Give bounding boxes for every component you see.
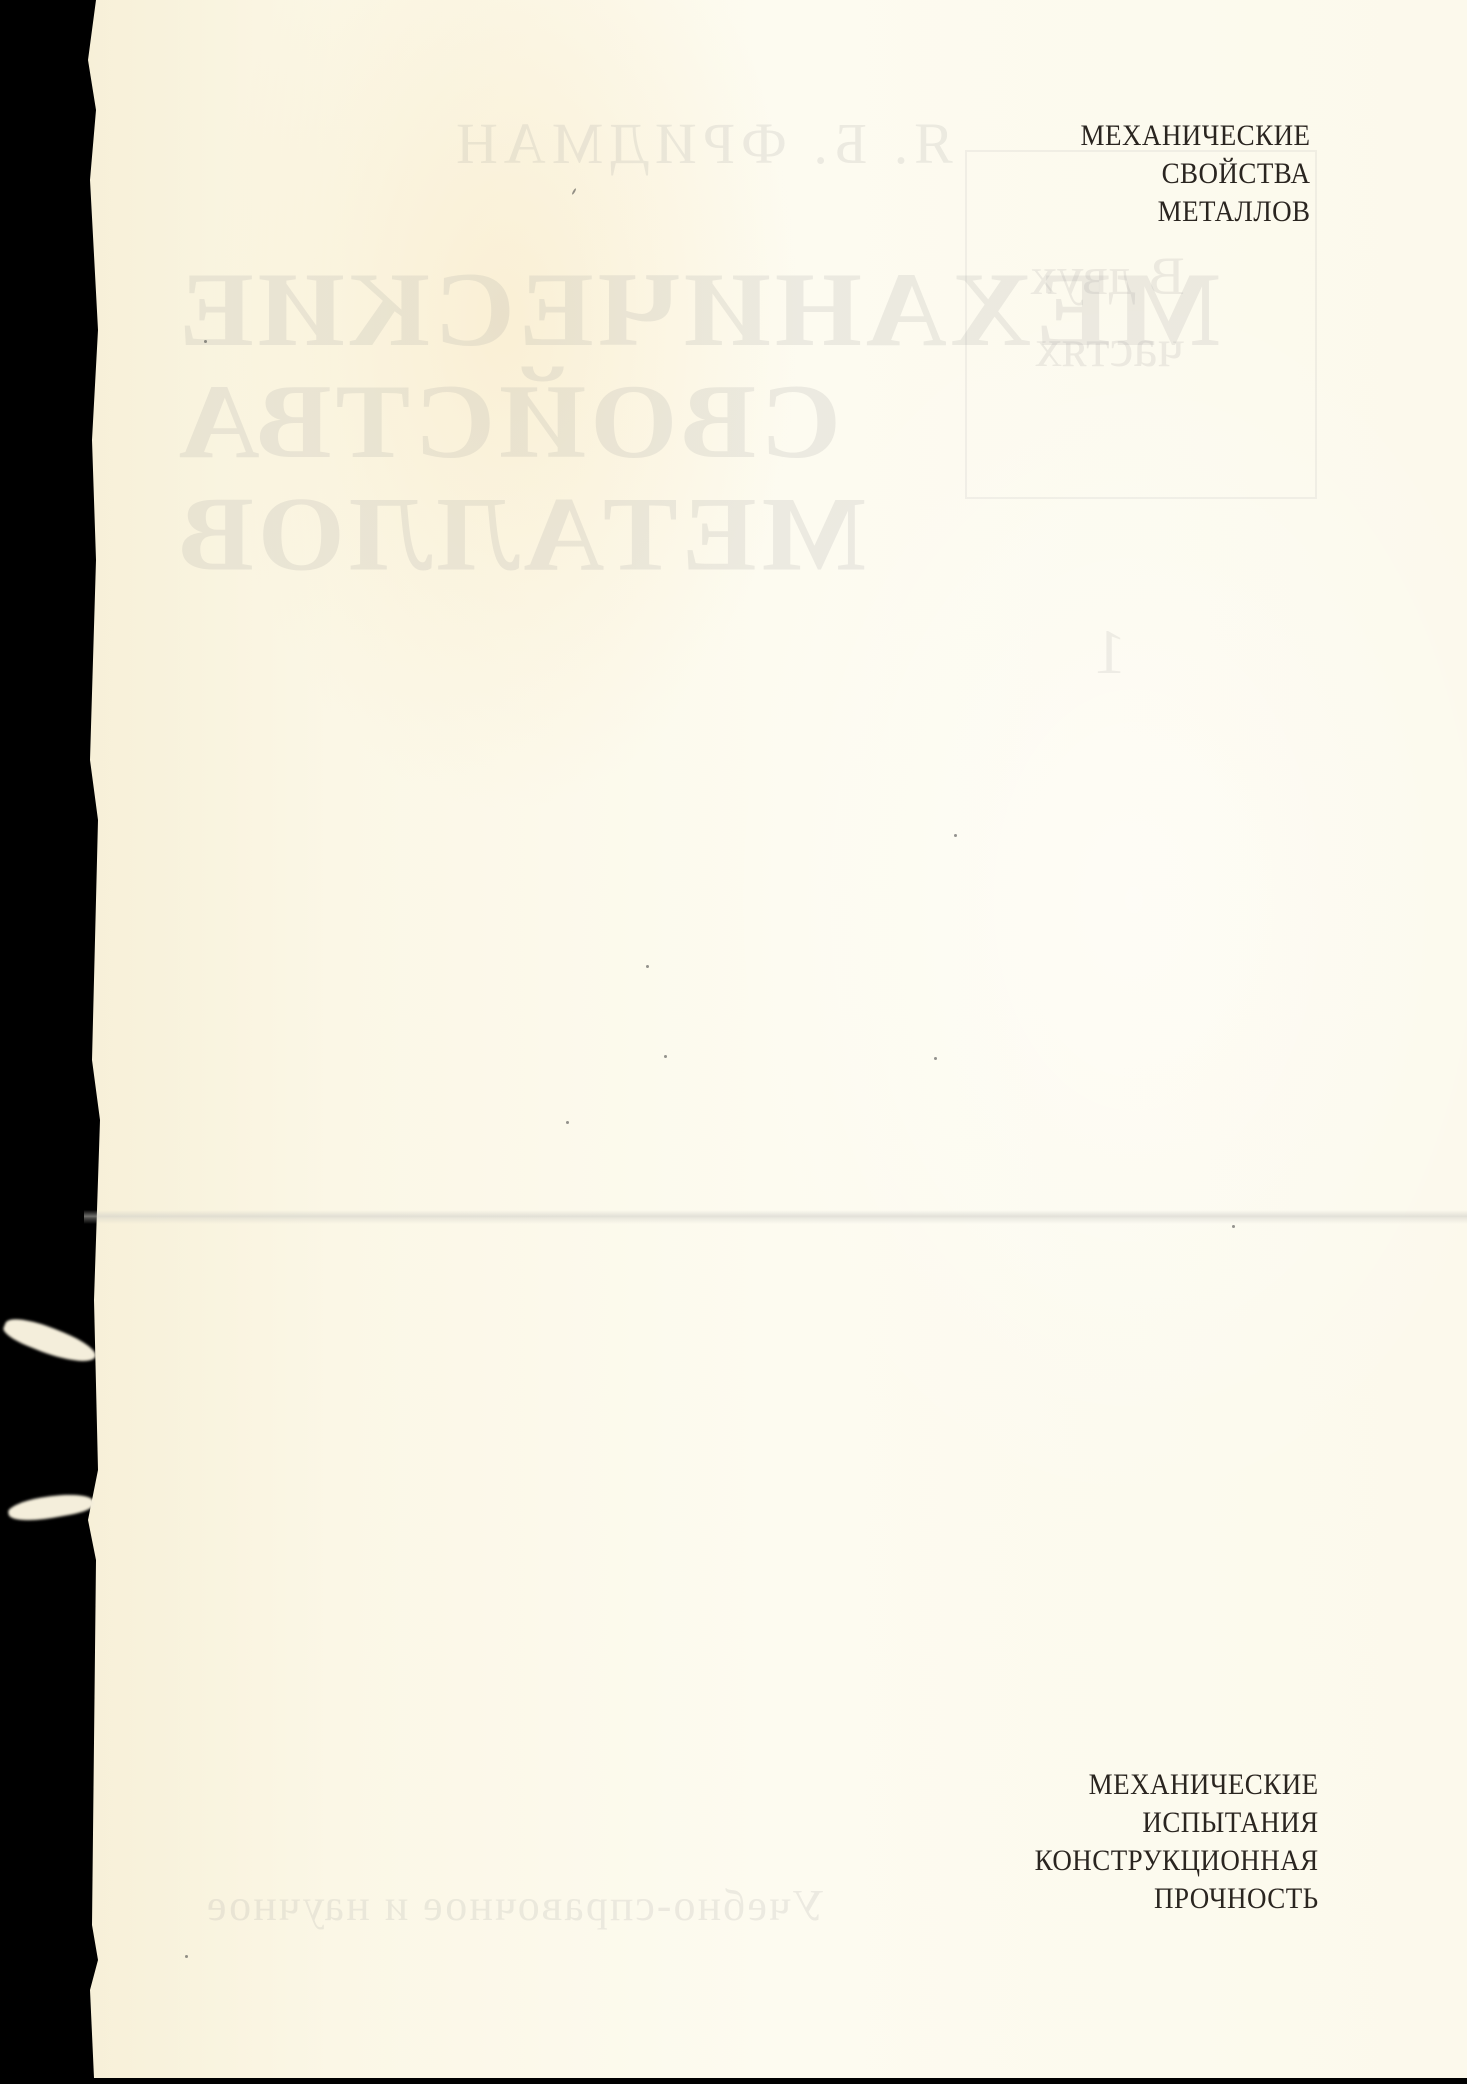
dust-speck [954, 834, 957, 837]
dust-speck [1232, 1225, 1235, 1228]
series-title-line: МЕТАЛЛОВ [1080, 193, 1310, 231]
series-title-line: СВОЙСТВА [1080, 155, 1310, 193]
dust-speck [934, 1057, 937, 1060]
volume-title-line: ИСПЫТАНИЯ [1035, 1804, 1319, 1842]
scanned-page: Я. Б. ФРИДМАН МЕХАНИЧЕСКИЕ СВОЙСТВА МЕТА… [0, 0, 1467, 2084]
volume-title-line: МЕХАНИЧЕСКИЕ [1035, 1766, 1319, 1804]
volume-title: МЕХАНИЧЕСКИЕ ИСПЫТАНИЯ КОНСТРУКЦИОННАЯ П… [1003, 1766, 1319, 1918]
dust-speck [185, 1955, 188, 1958]
dust-speck [646, 965, 649, 968]
volume-title-line: ПРОЧНОСТЬ [1035, 1880, 1319, 1918]
volume-title-line: КОНСТРУКЦИОННАЯ [1035, 1842, 1319, 1880]
show-through-part-numeral: 1 [1094, 615, 1126, 689]
series-title-line: МЕХАНИЧЕСКИЕ [1080, 117, 1310, 155]
dust-speck [204, 340, 207, 343]
dust-speck [566, 1121, 569, 1124]
torn-edge-fragment [7, 1489, 96, 1526]
series-title: МЕХАНИЧЕСКИЕ СВОЙСТВА МЕТАЛЛОВ [1055, 117, 1311, 231]
torn-edge-fragment [1, 1311, 100, 1371]
dust-speck [664, 1055, 667, 1058]
fold-crease [84, 1210, 1467, 1224]
